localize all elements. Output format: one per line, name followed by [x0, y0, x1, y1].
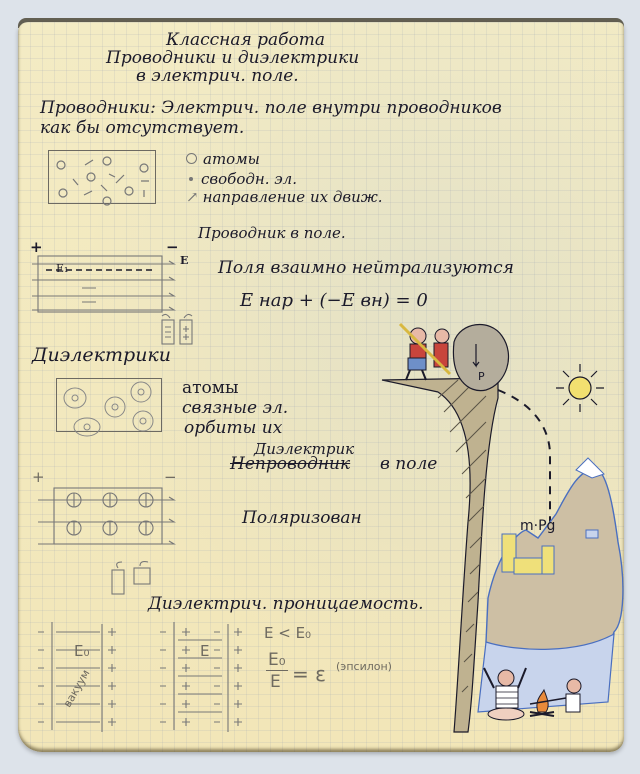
polarized-text: Поляризован	[242, 508, 362, 528]
left-plate-label: E₀	[74, 642, 90, 660]
cliff-illustration: P m·Pg	[378, 302, 618, 742]
dielectric-capacitor-diagram	[158, 622, 258, 734]
ratio-numerator: E₀	[266, 650, 288, 671]
dielectric-atoms-diagram	[56, 378, 162, 432]
crossed-word-nonconductor: Непроводник	[230, 454, 350, 474]
title-class-work: Классная работа	[166, 30, 325, 50]
legend-free-electrons: свободн. эл.	[186, 170, 297, 188]
conductor-atoms-diagram	[48, 150, 156, 204]
conductor-in-field-title: Проводник в поле.	[198, 224, 346, 242]
field-inequality: E < E₀	[264, 624, 311, 642]
dielectrics-heading: Диэлектрики	[32, 344, 171, 366]
notebook-page: Классная работа Проводники и диэлектрики…	[18, 22, 624, 752]
title-subtopic: в электрич. поле.	[136, 66, 299, 86]
title-topic: Проводники и диэлектрики	[106, 48, 359, 68]
ratio-epsilon: = ε	[292, 662, 326, 686]
conductors-heading-cont: как бы отсутствует.	[40, 118, 244, 138]
conductors-heading: Проводники: Электрич. поле внутри провод…	[40, 98, 502, 118]
castle-label: m·Pg	[520, 518, 555, 534]
bound-atoms-icon	[57, 379, 161, 431]
inner-field-label: E₁	[56, 262, 68, 275]
legend-atoms: атомы	[186, 150, 260, 168]
dielectric-legend-orbits: орбиты их	[184, 418, 282, 438]
polarized-plates-icon	[110, 560, 158, 596]
arrow-icon: ↗	[186, 188, 199, 206]
dielectric-legend-atoms: атомы	[182, 378, 239, 398]
fields-neutralize-text: Поля взаимно нейтрализуются	[218, 258, 514, 278]
dot-icon	[189, 177, 193, 181]
sun-icon	[556, 364, 604, 412]
ratio-denominator: E	[270, 672, 281, 692]
legend-direction: ↗направление их движ.	[186, 188, 383, 206]
dielectric-legend-bound-electrons: связные эл.	[182, 398, 288, 418]
cavemen-pushing-icon	[400, 324, 450, 380]
right-plate-label: E	[200, 642, 209, 660]
charged-plates-icon	[160, 312, 200, 348]
atoms-arrows-icon	[49, 151, 155, 203]
polarized-dielectric-diagram	[32, 484, 182, 556]
boulder-label: P	[478, 370, 485, 383]
atom-circle-icon	[186, 153, 197, 164]
